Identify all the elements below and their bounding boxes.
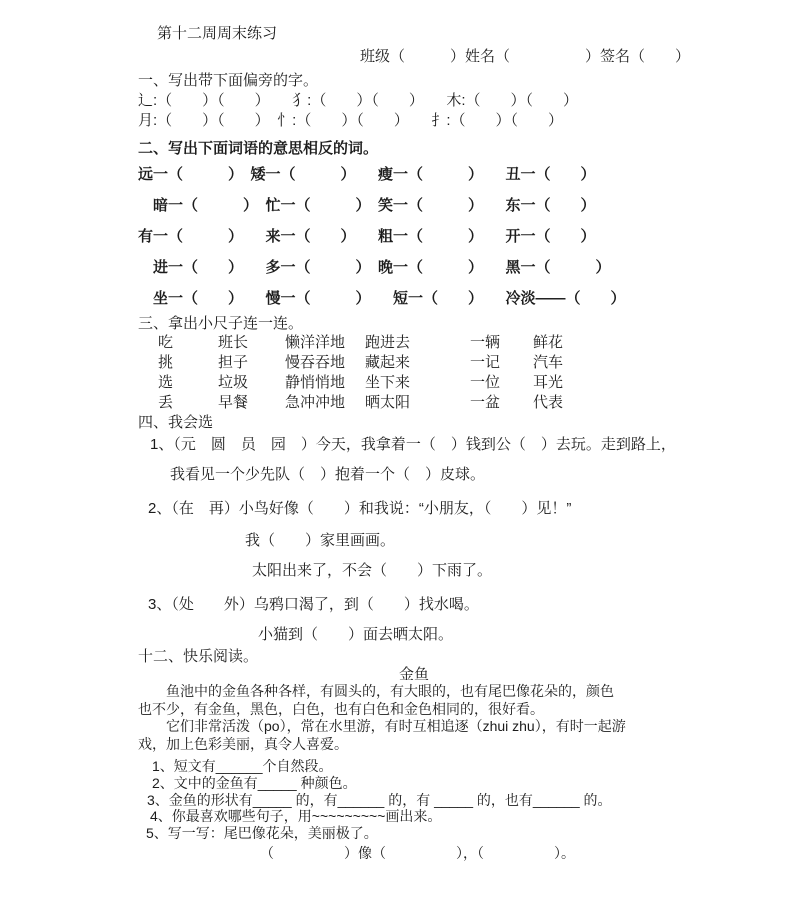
matching-table: 吃 班长 懒洋洋地 跑进去 一辆 鲜花 挑 担子 慢吞吞地 藏起来 一记 汽车 …	[158, 333, 690, 413]
passage-title: 金鱼	[138, 666, 690, 683]
section3-heading: 三、拿出小尺子连一连。	[138, 314, 690, 333]
section2-heading: 二、写出下面词语的意思相反的词。	[138, 139, 690, 158]
match-cell: 一记	[470, 353, 533, 373]
match-cell: 垃圾	[218, 373, 285, 393]
choice-question-line: 3、（处 外）乌鸦口渴了，到（ ）找水喝。	[148, 596, 690, 614]
antonyms-row: 有一（ ） 来一（ ） 粗一（ ） 开一（ ）	[138, 227, 690, 246]
match-cell: 担子	[218, 353, 285, 373]
match-cell: 慢吞吞地	[285, 353, 365, 373]
section4-heading: 四、我会选	[138, 414, 690, 432]
reading-question-line: 3、金鱼的形状有_____ 的，有______ 的，有 _____ 的，也有__…	[147, 792, 690, 809]
match-cell: 早餐	[218, 393, 285, 413]
worksheet-title: 第十二周周末练习	[157, 25, 690, 43]
choice-question-line: 我（ ）家里画画。	[245, 532, 690, 550]
choice-question-line: 小猫到（ ）面去晒太阳。	[258, 626, 690, 644]
reading-question-line: 4、你最喜欢哪些句子，用~~~~~~~~~画出来。	[150, 808, 690, 825]
match-cell: 选	[158, 373, 218, 393]
section1-heading: 一、写出带下面偏旁的字。	[138, 71, 690, 91]
match-cell: 汽车	[533, 353, 690, 373]
class-name-signature-line: 班级（ ）姓名（ ）签名（ ）	[138, 48, 690, 66]
match-cell: 藏起来	[365, 353, 470, 373]
match-cell: 吃	[158, 333, 218, 353]
match-cell: 丢	[158, 393, 218, 413]
match-cell: 一辆	[470, 333, 533, 353]
choice-question-line: 太阳出来了，不会（ ）下雨了。	[252, 562, 690, 580]
match-cell: 班长	[218, 333, 285, 353]
match-cell: 晒太阳	[365, 393, 470, 413]
match-cell: 急冲冲地	[285, 393, 365, 413]
choice-question-line: 我看见一个少先队（ ）抱着一个（ ）皮球。	[170, 466, 690, 484]
match-cell: 耳光	[533, 373, 690, 393]
passage-line: 它们非常活泼（po），常在水里游，有时互相追逐（zhui zhu），有时一起游	[138, 718, 690, 736]
reading-question-line: 2、文中的金鱼有_____ 种颜色。	[152, 775, 690, 792]
choice-question-line: 1、（元 圆 员 园 ）今天，我拿着一（ ）钱到公（ ）去玩。走到路上，	[150, 436, 690, 454]
antonyms-row: 远一（ ） 矮一（ ） 瘦一（ ） 丑一（ ）	[138, 165, 690, 184]
match-cell: 坐下来	[365, 373, 470, 393]
match-cell: 静悄悄地	[285, 373, 365, 393]
reading-question-line: 5、写一写：尾巴像花朵，美丽极了。	[146, 825, 690, 842]
worksheet-content: 第十二周周末练习 班级（ ）姓名（ ）签名（ ） 一、写出带下面偏旁的字。 辶:…	[138, 18, 690, 862]
passage-line: 也不少，有金鱼，黑色，白色，也有白色和金色相同的，很好看。	[138, 701, 690, 719]
section12-heading: 十二、快乐阅读。	[138, 648, 690, 666]
match-cell: 一位	[470, 373, 533, 393]
match-cell: 代表	[533, 393, 690, 413]
match-cell: 挑	[158, 353, 218, 373]
antonyms-row: 进一（ ） 多一（ ） 晚一（ ） 黑一（ ）	[138, 258, 690, 277]
worksheet-page: 第十二周周末练习 班级（ ）姓名（ ）签名（ ） 一、写出带下面偏旁的字。 辶:…	[0, 0, 800, 908]
section1-radicals-row: 辶:（ ）（ ） 犭:（ ）（ ） 木:（ ）（ ）	[138, 91, 690, 111]
match-cell: 一盆	[470, 393, 533, 413]
choice-question-line: 2、（在 再）小鸟好像（ ）和我说：“小朋友，（ ）见！”	[148, 500, 690, 518]
passage-line: 鱼池中的金鱼各种各样，有圆头的，有大眼的，也有尾巴像花朵的，颜色	[138, 683, 690, 701]
reading-question-line: 1、短文有______个自然段。	[152, 758, 690, 775]
match-cell: 懒洋洋地	[285, 333, 365, 353]
section1-radicals-row: 月:（ ）（ ） 忄:（ ）（ ） 扌:（ ）（ ）	[138, 111, 690, 131]
match-cell: 鲜花	[533, 333, 690, 353]
reading-question-line: （ ）像（ ），（ ）。	[260, 845, 690, 862]
antonyms-row: 坐一（ ） 慢一（ ） 短一（ ） 冷淡——（ ）	[138, 289, 690, 308]
match-cell: 跑进去	[365, 333, 470, 353]
passage-line: 戏，加上色彩美丽，真令人喜爱。	[138, 736, 690, 754]
antonyms-row: 暗一（ ） 忙一（ ） 笑一（ ） 东一（ ）	[138, 196, 690, 215]
